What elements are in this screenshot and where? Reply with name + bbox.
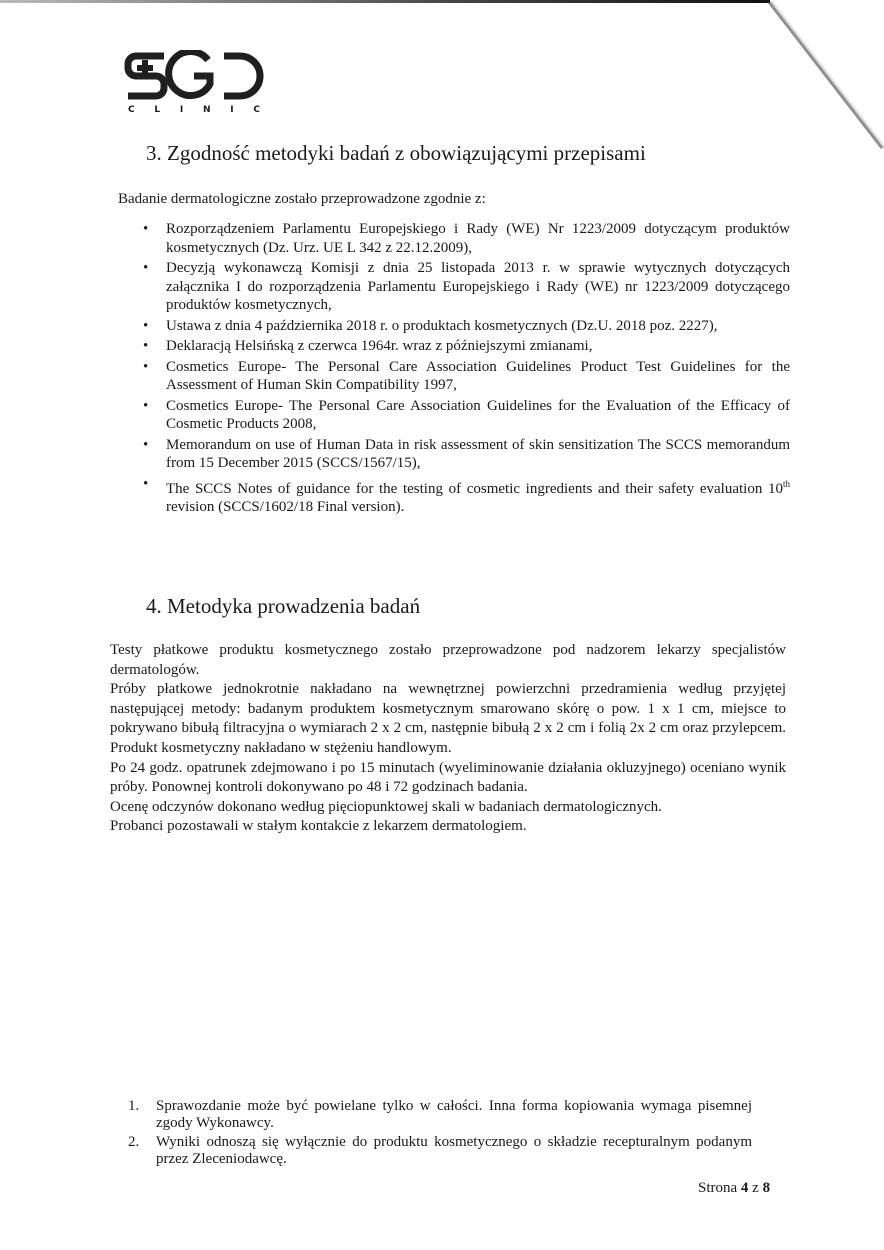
logo-letter: L bbox=[154, 105, 160, 115]
list-item: •The SCCS Notes of guidance for the test… bbox=[140, 475, 790, 517]
logo-letter: C bbox=[128, 105, 135, 115]
bullet-icon: • bbox=[143, 337, 148, 356]
bullet-icon: • bbox=[143, 358, 148, 377]
paragraph: Testy płatkowe produktu kosmetycznego zo… bbox=[110, 641, 786, 680]
paragraph: Po 24 godz. opatrunek zdejmowano i po 15… bbox=[110, 759, 786, 798]
list-item: •Ustawa z dnia 4 października 2018 r. o … bbox=[140, 317, 790, 336]
bullet-icon: • bbox=[143, 397, 148, 416]
bullet-icon: • bbox=[143, 475, 148, 494]
page-label: Strona bbox=[698, 1180, 737, 1196]
list-item-text: Cosmetics Europe- The Personal Care Asso… bbox=[166, 398, 790, 433]
list-item-text: The SCCS Notes of guidance for the testi… bbox=[166, 481, 783, 497]
note-number: 2. bbox=[128, 1134, 139, 1151]
section-4-heading: 4. Metodyka prowadzenia badań bbox=[146, 594, 420, 619]
note-text: Sprawozdanie może być powielane tylko w … bbox=[156, 1098, 752, 1131]
page-current: 4 bbox=[741, 1180, 749, 1196]
superscript: th bbox=[783, 479, 790, 489]
list-item: •Deklaracją Helsińską z czerwca 1964r. w… bbox=[140, 337, 790, 356]
page-total: 8 bbox=[763, 1180, 771, 1196]
list-item: •Decyzją wykonawczą Komisji z dnia 25 li… bbox=[140, 259, 790, 315]
bullet-icon: • bbox=[143, 259, 148, 278]
list-item-text: Rozporządzeniem Parlamentu Europejskiego… bbox=[166, 221, 790, 256]
logo-subtitle: C L I N I C bbox=[124, 105, 264, 115]
logo-letter: C bbox=[253, 105, 260, 115]
bullet-icon: • bbox=[143, 317, 148, 336]
scan-edge-shadow bbox=[0, 0, 770, 3]
list-item: •Memorandum on use of Human Data in risk… bbox=[140, 436, 790, 473]
list-item: •Cosmetics Europe- The Personal Care Ass… bbox=[140, 358, 790, 395]
sgd-clinic-logo: C L I N I C bbox=[124, 50, 264, 122]
section-3-heading: 3. Zgodność metodyki badań z obowiązując… bbox=[146, 141, 646, 166]
list-item: •Rozporządzeniem Parlamentu Europejskieg… bbox=[140, 220, 790, 257]
paragraph: Ocenę odczynów dokonano według pięciopun… bbox=[110, 798, 786, 818]
page-separator: z bbox=[752, 1180, 759, 1196]
footer-note: 2.Wyniki odnoszą się wyłącznie do produk… bbox=[128, 1134, 752, 1168]
paragraph: Probanci pozostawali w stałym kontakcie … bbox=[110, 817, 786, 837]
logo-letter: N bbox=[203, 105, 211, 115]
methodology-text: Testy płatkowe produktu kosmetycznego zo… bbox=[110, 641, 786, 837]
list-item-text: Ustawa z dnia 4 października 2018 r. o p… bbox=[166, 318, 718, 334]
paragraph: Próby płatkowe jednokrotnie nakładano na… bbox=[110, 680, 786, 758]
note-text: Wyniki odnoszą się wyłącznie do produktu… bbox=[156, 1134, 752, 1167]
bullet-icon: • bbox=[143, 436, 148, 455]
bullet-icon: • bbox=[143, 220, 148, 239]
logo-mark-icon bbox=[124, 50, 264, 102]
logo-letter: I bbox=[230, 105, 233, 115]
logo-letter: I bbox=[180, 105, 183, 115]
list-item-text: Decyzją wykonawczą Komisji z dnia 25 lis… bbox=[166, 260, 790, 313]
folded-corner-shadow bbox=[764, 0, 884, 160]
list-item: •Cosmetics Europe- The Personal Care Ass… bbox=[140, 397, 790, 434]
footer-notes: 1.Sprawozdanie może być powielane tylko … bbox=[128, 1098, 752, 1170]
list-item-text: Deklaracją Helsińską z czerwca 1964r. wr… bbox=[166, 338, 592, 354]
regulations-list: •Rozporządzeniem Parlamentu Europejskieg… bbox=[140, 220, 790, 519]
note-number: 1. bbox=[128, 1098, 139, 1115]
list-item-text: Cosmetics Europe- The Personal Care Asso… bbox=[166, 359, 790, 394]
footer-note: 1.Sprawozdanie może być powielane tylko … bbox=[128, 1098, 752, 1132]
list-item-text: Memorandum on use of Human Data in risk … bbox=[166, 437, 790, 472]
list-item-text: revision (SCCS/1602/18 Final version). bbox=[166, 499, 404, 515]
section-3-intro: Badanie dermatologiczne zostało przeprow… bbox=[118, 191, 486, 208]
page-number: Strona 4 z 8 bbox=[698, 1180, 770, 1197]
